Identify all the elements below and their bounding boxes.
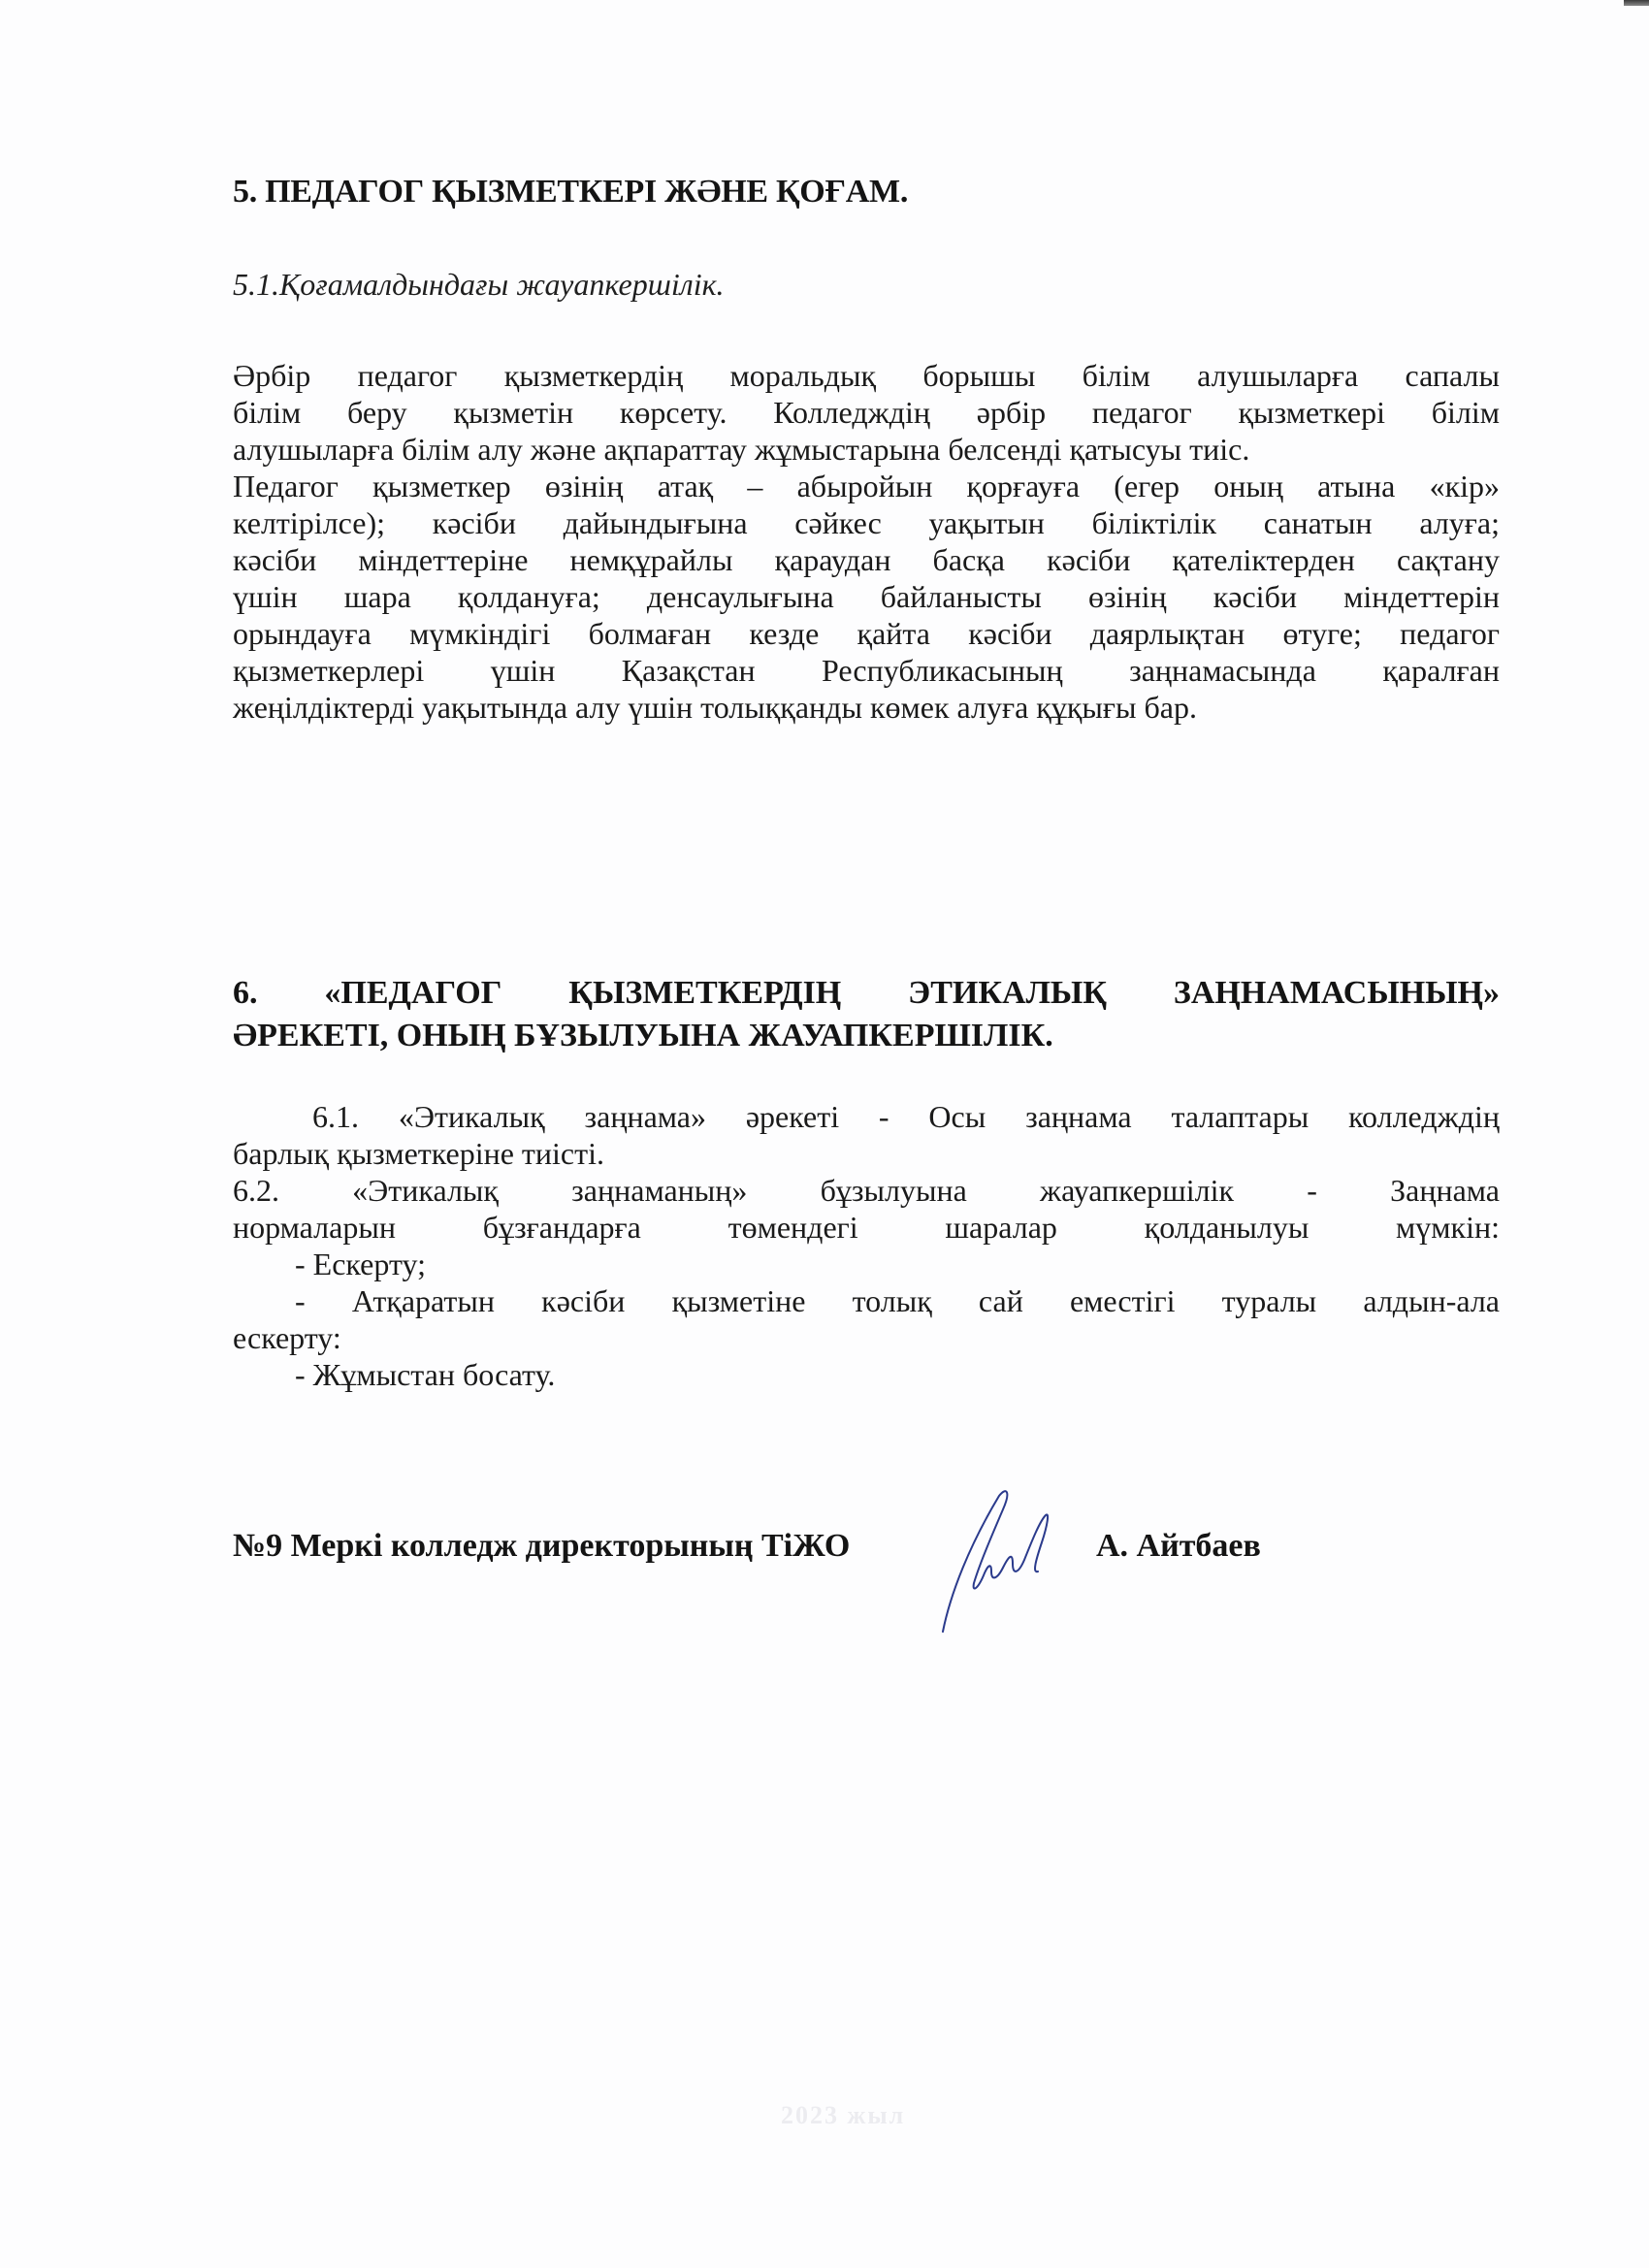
item-6-2-line: нормаларын бұзғандарға төмендегі шаралар…: [233, 1209, 1500, 1246]
section-6-heading-line: ӘРЕКЕТІ, ОНЫҢ БҰЗЫЛУЫНА ЖАУАПКЕРШІЛІК.: [233, 1015, 1500, 1057]
signature-block: №9 Меркі колледж директорының ТіЖО А. Ай…: [233, 1527, 1500, 1643]
paragraph-line: Педагог қызметкер өзінің атақ – абыройын…: [233, 468, 1500, 504]
measure-item: - Ескерту;: [233, 1246, 1500, 1282]
paragraph-line: Әрбір педагог қызметкердің моральдық бор…: [233, 357, 1500, 394]
signatory-name: А. Айтбаев: [1096, 1527, 1261, 1566]
paragraph-line: келтірілсе); кәсіби дайындығына сәйкес у…: [233, 504, 1500, 541]
paragraph-line: жеңілдіктерді уақытында алу үшін толыққа…: [233, 689, 1500, 726]
paragraph-line: орындауға мүмкіндігі болмаған кезде қайт…: [233, 615, 1500, 652]
section-5-heading: 5. ПЕДАГОГ ҚЫЗМЕТКЕРІ ЖӘНЕ ҚОҒАМ.: [233, 173, 908, 211]
item-6-1-line: 6.1. «Этикалық заңнама» әрекеті - Осы за…: [233, 1098, 1500, 1135]
paragraph-line: білім беру қызметін көрсету. Колледждің …: [233, 394, 1500, 431]
section-6-body: 6.1. «Этикалық заңнама» әрекеті - Осы за…: [233, 1098, 1500, 1393]
section-6-heading: 6. «ПЕДАГОГ ҚЫЗМЕТКЕРДІҢ ЭТИКАЛЫҚ ЗАҢНАМ…: [233, 972, 1500, 1057]
measure-item: ескерту:: [233, 1319, 1500, 1356]
signatory-role: №9 Меркі колледж директорының ТіЖО: [233, 1527, 850, 1566]
handwritten-signature-icon: [902, 1486, 1077, 1641]
section-6-heading-line: 6. «ПЕДАГОГ ҚЫЗМЕТКЕРДІҢ ЭТИКАЛЫҚ ЗАҢНАМ…: [233, 972, 1500, 1015]
section-5-1-subheading: 5.1.Қоғамалдындағы жауапкершілік.: [233, 266, 725, 303]
scan-edge-shadow: [1624, 0, 1649, 6]
measure-item: - Жұмыстан босату.: [233, 1356, 1500, 1393]
measure-item: - Атқаратын кәсіби қызметіне толық сай е…: [233, 1282, 1500, 1319]
paragraph-line: кәсіби міндеттеріне немқұрайлы қараудан …: [233, 541, 1500, 578]
item-6-1-line: барлық қызметкеріне тиісті.: [233, 1135, 1500, 1172]
paragraph-line: үшін шара қолдануға; денсаулығына байлан…: [233, 578, 1500, 615]
section-5-paragraph: Әрбір педагог қызметкердің моральдық бор…: [233, 357, 1500, 726]
item-6-2-line: 6.2. «Этикалық заңнаманың» бұзылуына жау…: [233, 1172, 1500, 1209]
bleed-through-text: 2023 жыл: [781, 2101, 905, 2130]
paragraph-line: қызметкерлері үшін Қазақстан Республикас…: [233, 652, 1500, 689]
paragraph-line: алушыларға білім алу және ақпараттау жұм…: [233, 431, 1500, 468]
